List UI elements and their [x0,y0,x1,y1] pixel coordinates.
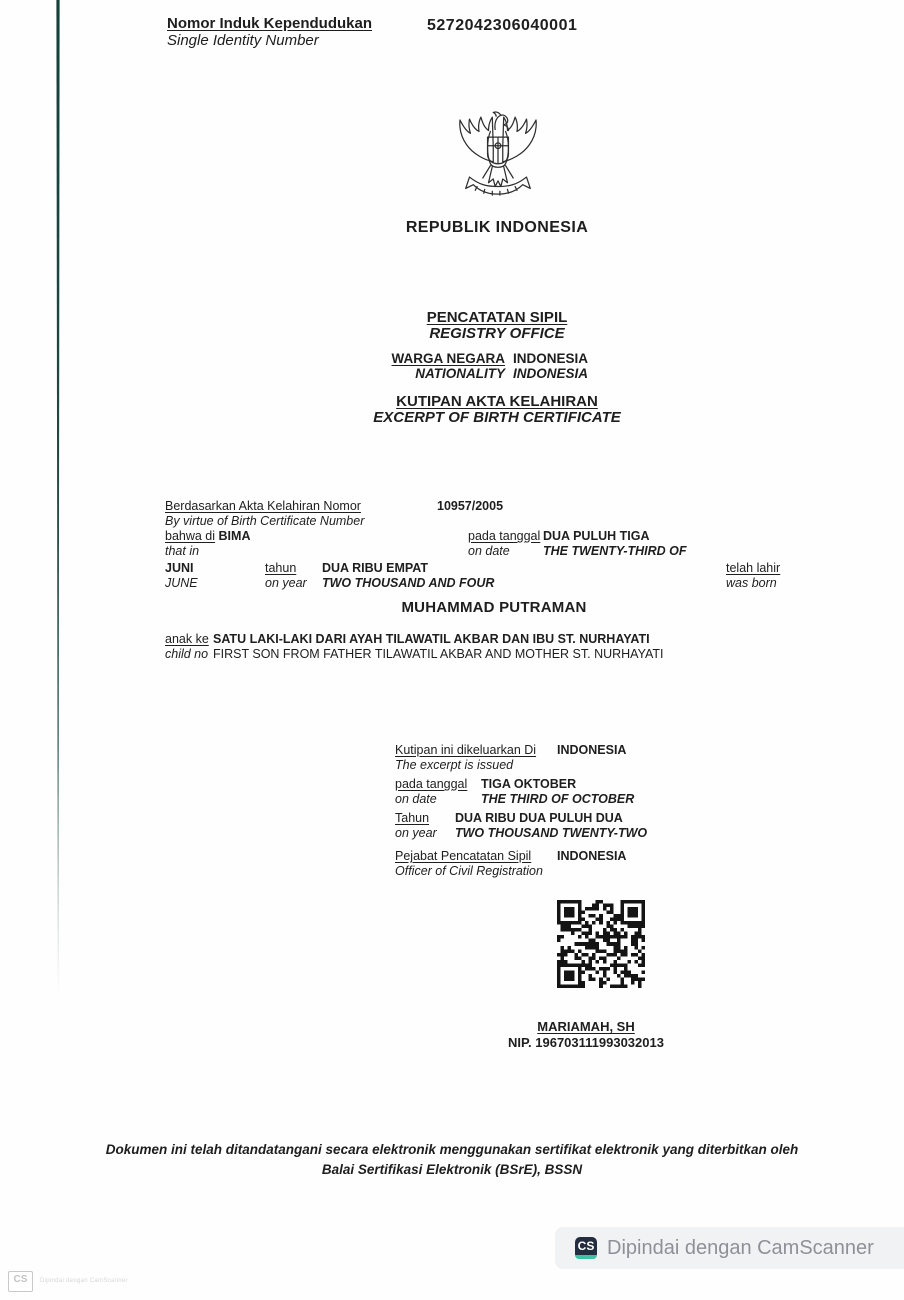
birth-year-label-id: tahun [265,561,307,576]
birthplace-value: BIMA [219,529,251,543]
registry-title-id: PENCATATAN SIPIL [45,310,904,326]
cert-number-label-en: By virtue of Birth Certificate Number [165,514,364,529]
born-label-en: was born [726,576,780,591]
nationality-value-id: INDONESIA [513,352,588,367]
issuance-year-value-en: TWO THOUSAND TWENTY-TWO [455,826,647,840]
issuance-year-label-en: on year [395,826,455,841]
issuance-place-label-en: The excerpt is issued [395,758,513,772]
birthdate-value-en: THE TWENTY-THIRD OF [543,544,687,558]
camscanner-watermark-icon: CS [8,1271,33,1292]
birthdate-label-id: pada tanggal [468,529,543,544]
issuance-place-block: Kutipan ini dikeluarkan DiINDONESIA The … [395,743,626,772]
esign-note-line1: Dokumen ini telah ditandatangani secara … [0,1142,904,1157]
officer-label-en: Officer of Civil Registration [395,864,543,878]
esign-note-line2: Balai Sertifikasi Elektronik (BSrE), BSS… [0,1162,904,1177]
nationality-value-en: INDONESIA [513,367,588,382]
birthdate-label-en: on date [468,544,543,559]
country-title: REPUBLIK INDONESIA [406,219,588,236]
nationality-labels: WARGA NEGARA NATIONALITY [290,352,505,381]
signer-name: MARIAMAH, SH [436,1019,736,1034]
issuance-date-label-en: on date [395,792,481,807]
birth-year-label: tahun on year [265,561,307,590]
issuance-year-block: TahunDUA RIBU DUA PULUH DUA on yearTWO T… [395,811,647,840]
nik-value: 5272042306040001 [427,17,577,35]
cert-number-label: Berdasarkan Akta Kelahiran Nomor By virt… [165,499,364,528]
issuance-year-label-id: Tahun [395,811,455,826]
nik-label-id: Nomor Induk Kependudukan [167,15,372,32]
issuance-place-value: INDONESIA [557,743,626,757]
cert-number-label-id: Berdasarkan Akta Kelahiran Nomor [165,499,364,514]
child-order-label-id: anak ke [165,632,209,647]
doc-title-id: KUTIPAN AKTA KELAHIRAN [45,394,904,410]
camscanner-icon: CS [575,1237,597,1259]
child-order-value: SATU LAKI-LAKI DARI AYAH TILAWATIL AKBAR… [213,632,664,662]
issuance-date-value-id: TIGA OKTOBER [481,777,576,791]
born-label: telah lahir was born [726,561,780,590]
birth-year-value-id: DUA RIBU EMPAT [322,561,494,576]
registry-title-en: REGISTRY OFFICE [45,326,904,342]
camscanner-icon-accent [575,1255,597,1259]
birthdate-block: pada tanggalDUA PULUH TIGA on dateTHE TW… [468,529,687,558]
issuance-date-block: pada tanggalTIGA OKTOBER on dateTHE THIR… [395,777,634,806]
birth-month-block: JUNI JUNE [165,561,198,590]
camscanner-watermark-text: Dipindai dengan CamScanner [40,1278,128,1284]
issuance-place-label-id: Kutipan ini dikeluarkan Di [395,743,557,758]
doc-title-en: EXCERPT OF BIRTH CERTIFICATE [45,410,904,426]
birth-certificate-page: Nomor Induk Kependudukan Single Identity… [0,0,904,1300]
birthplace-block: bahwa di BIMA that in [165,529,250,558]
nik-block: Nomor Induk Kependudukan Single Identity… [167,15,372,49]
officer-label-id: Pejabat Pencatatan Sipil [395,849,557,864]
cert-number-value: 10957/2005 [437,499,503,514]
birthplace-label-en: that in [165,544,250,559]
signer-nip: NIP. 196703111993032013 [436,1035,736,1050]
birth-year-label-en: on year [265,576,307,591]
birth-month-id: JUNI [165,561,198,576]
nationality-values: INDONESIA INDONESIA [513,352,588,381]
birth-month-en: JUNE [165,576,198,591]
garuda-emblem-icon [441,105,555,213]
issuance-date-label-id: pada tanggal [395,777,481,792]
camscanner-text: Dipindai dengan CamScanner [607,1227,874,1269]
qr-code [557,898,645,995]
officer-place-value: INDONESIA [557,849,626,863]
scan-artifact-line [56,0,60,995]
issuance-date-value-en: THE THIRD OF OCTOBER [481,792,634,806]
child-name: MUHAMMAD PUTRAMAN [82,599,904,616]
child-order-value-id: SATU LAKI-LAKI DARI AYAH TILAWATIL AKBAR… [213,632,664,647]
child-order-value-en: FIRST SON FROM FATHER TILAWATIL AKBAR AN… [213,647,664,662]
issuance-year-value-id: DUA RIBU DUA PULUH DUA [455,811,623,825]
nik-label-en: Single Identity Number [167,32,372,49]
child-order-label: anak ke child no [165,632,209,661]
birthplace-label-id: bahwa di [165,529,215,543]
officer-block: Pejabat Pencatatan SipilINDONESIA Office… [395,849,626,878]
nationality-label-en: NATIONALITY [290,367,505,382]
camscanner-icon-label: CS [578,1239,595,1253]
born-label-id: telah lahir [726,561,780,576]
birth-year-value-en: TWO THOUSAND AND FOUR [322,576,494,591]
birthdate-value-id: DUA PULUH TIGA [543,529,649,543]
camscanner-bar: CS Dipindai dengan CamScanner [555,1227,904,1269]
birth-year-value: DUA RIBU EMPAT TWO THOUSAND AND FOUR [322,561,494,590]
country-title-row: REPUBLIK INDONESIA [45,219,904,237]
nationality-label-id: WARGA NEGARA [290,352,505,367]
child-order-label-en: child no [165,647,209,662]
